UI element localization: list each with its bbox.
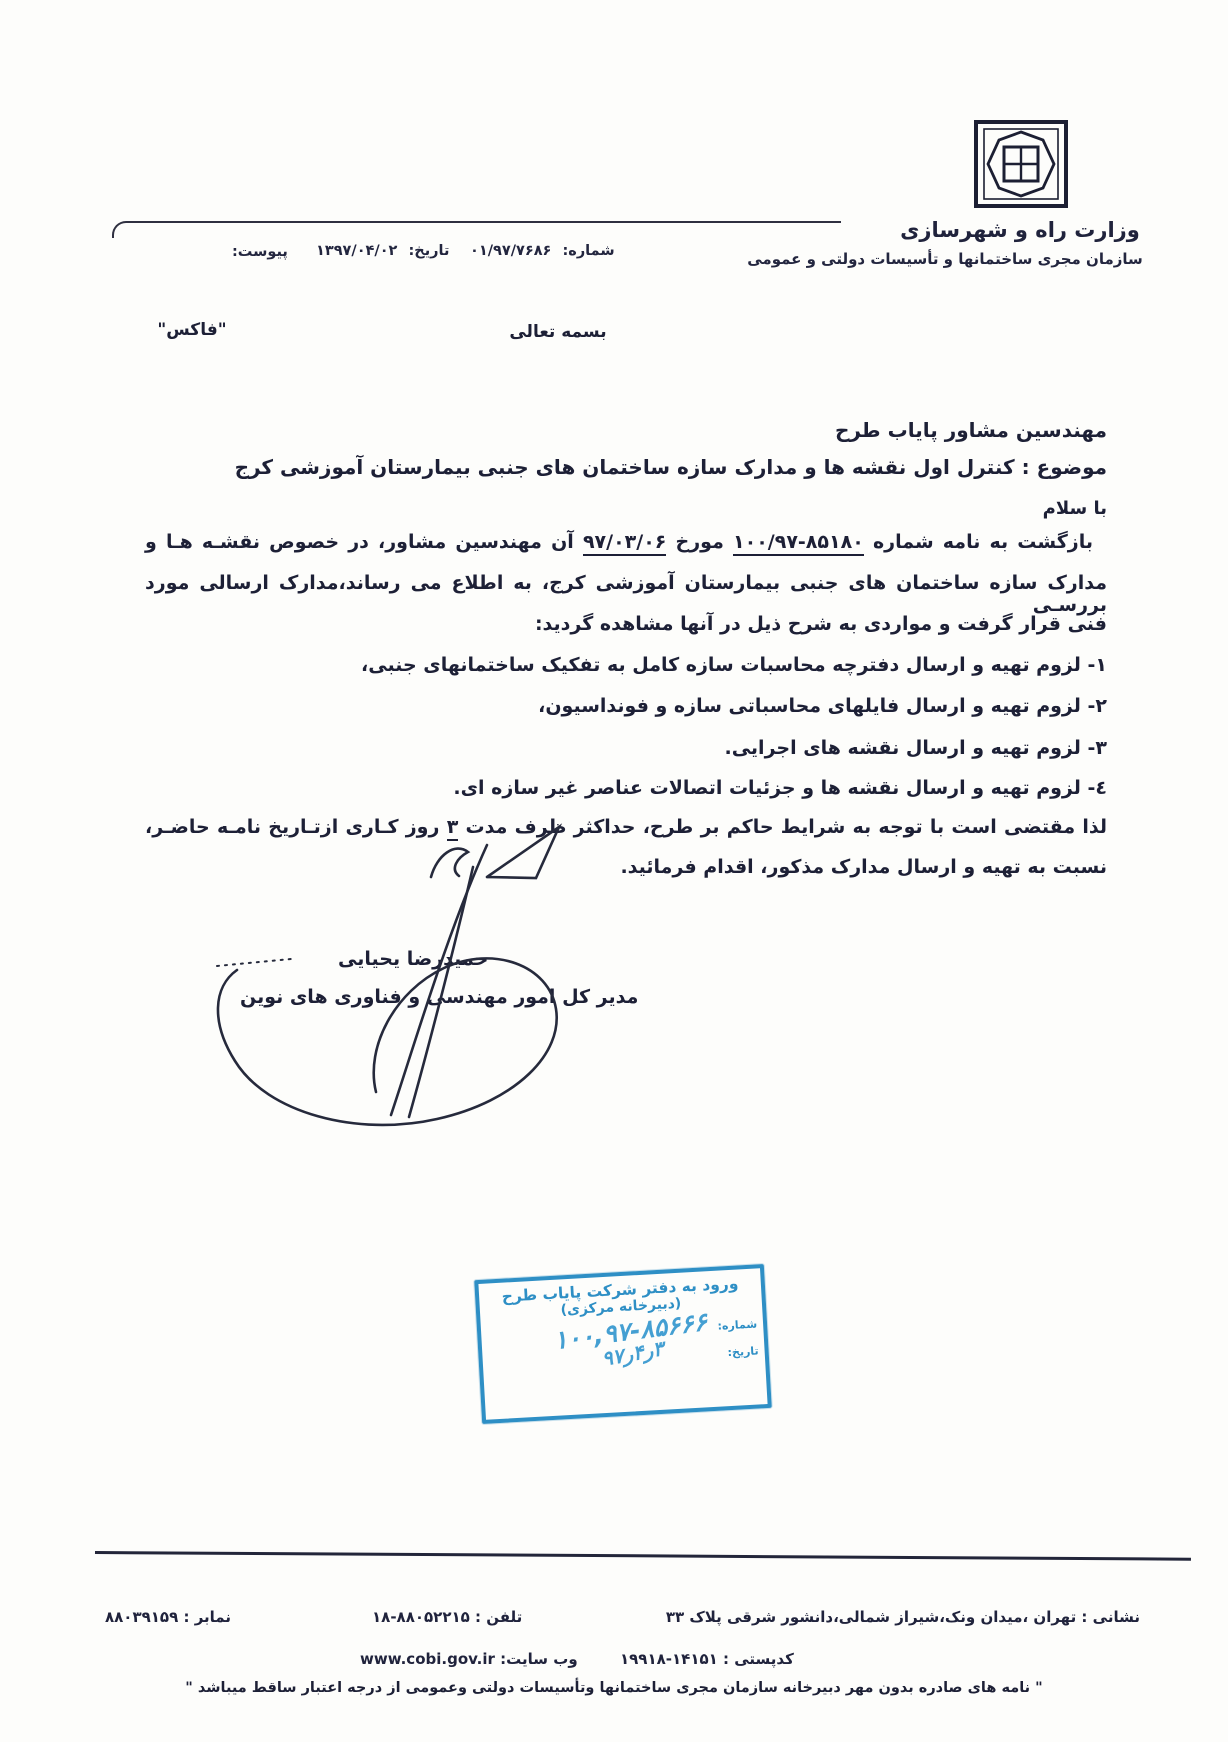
attachment-label: پیوست: (232, 244, 288, 260)
fax-note: "فاکس" (142, 320, 242, 340)
list-item-3: ۳- لزوم تهیه و ارسال نقشه های اجرایی. (145, 737, 1107, 759)
footer-website-url: www.cobi.gov.ir (360, 1650, 495, 1668)
footer-phone: تلفن : ۸۸۰۵۲۲۱۵-۱۸ (372, 1608, 522, 1626)
footer-address: نشانی : تهران ،میدان ونک،شیراز شمالی،دان… (666, 1608, 1140, 1626)
stamp-date-label: تاریخ: (727, 1344, 759, 1359)
organization-name: سازمان مجری ساختمانها و تأسیسات دولتی و … (730, 250, 1160, 268)
letter-date-label: تاریخ: (408, 243, 449, 259)
body-line-1-text-c: آن مهندسین مشاور، در خصوص نقشـه هـا و (145, 531, 574, 553)
footer-disclaimer: " نامه های صادره بدون مهر دبیرخانه سازما… (64, 1680, 1164, 1696)
recipient-line: مهندسین مشاور پایاب طرح (145, 418, 1107, 442)
referenced-letter-number: ۱۰۰/۹۷-۸۵۱۸۰ (733, 531, 864, 556)
body-line-2: مدارک سازه ساختمان های جنبی بیمارستان آم… (145, 572, 1107, 616)
letter-number-value: ۰۱/۹۷/۷۶۸۶ (470, 243, 551, 259)
ministry-name: وزارت راه و شهرسازی (895, 218, 1145, 242)
salutation: با سلام (145, 498, 1107, 519)
scanned-letter-page: { "letterhead": { "ministry": "وزارت راه… (0, 0, 1228, 1742)
attachment-field: پیوست: (232, 244, 288, 260)
body-line-1-text-b: مورخ (676, 531, 724, 553)
body-line-1-text-a: بازگشت به نامه شماره (873, 531, 1093, 553)
footer-postal-code: کدپستی : ۱۴۱۵۱-۱۹۹۱۸ (620, 1650, 794, 1668)
registry-stamp: ورود به دفتر شرکت پایاب طرح (دبیرخانه مر… (474, 1264, 772, 1424)
list-item-4: ٤- لزوم تهیه و ارسال نقشه ها و جزئیات ات… (145, 777, 1107, 799)
ministry-emblem-icon (973, 119, 1069, 213)
letter-number-label: شماره: (562, 243, 614, 259)
body-line-1: بازگشت به نامه شماره ۱۰۰/۹۷-۸۵۱۸۰ مورخ ۹… (145, 531, 1107, 553)
footer-fax: نمابر : ۸۸۰۳۹۱۵۹ (105, 1608, 231, 1626)
letter-date-value: ۱۳۹۷/۰۴/۰۲ (316, 243, 397, 259)
footer-rule (95, 1551, 1191, 1561)
list-item-1: ۱- لزوم تهیه و ارسال دفترچه محاسبات سازه… (145, 654, 1107, 676)
header-rule (112, 221, 841, 238)
footer-website-label: وب سایت: (500, 1650, 578, 1668)
list-item-2: ۲- لزوم تهیه و ارسال فایلهای محاسباتی سا… (145, 695, 1107, 717)
stamp-number-label: شماره: (717, 1317, 757, 1332)
letter-number-field: شماره: ۰۱/۹۷/۷۶۸۶ (470, 243, 615, 259)
besmeleh: بسمه تعالی (498, 322, 618, 342)
footer-website: وب سایت: www.cobi.gov.ir (360, 1650, 578, 1668)
subject-line: موضوع : کنترل اول نقشه ها و مدارک سازه س… (145, 455, 1107, 479)
body-line-3: فنی قرار گرفت و مواردی به شرح ذیل در آنه… (145, 613, 1107, 635)
referenced-letter-date: ۹۷/۰۳/۰۶ (583, 531, 666, 556)
letter-date-field: تاریخ: ۱۳۹۷/۰۴/۰۲ (316, 243, 449, 259)
signature-scribble-icon (195, 815, 595, 1149)
